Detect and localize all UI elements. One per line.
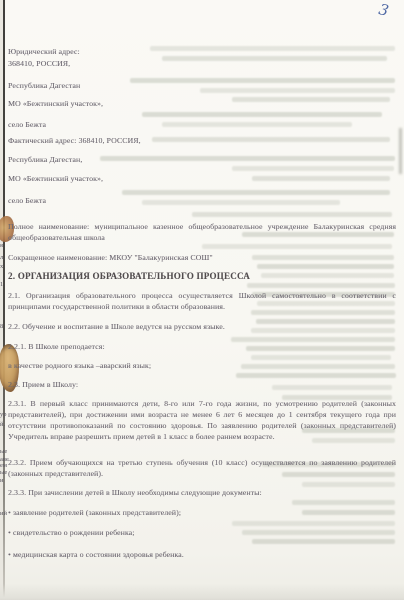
bleed-line bbox=[242, 530, 395, 535]
clause-2-2-1-paragraph: 2.2.1. В Школе преподается: bbox=[8, 341, 105, 352]
short-name-paragraph: Сокращенное наименование: МКОУ "Балакури… bbox=[8, 252, 213, 263]
bleed-line bbox=[247, 283, 395, 288]
bleed-line bbox=[257, 264, 394, 269]
margin-bleed-fragment: и bbox=[0, 477, 3, 484]
bleed-line bbox=[236, 373, 396, 378]
bleed-line bbox=[302, 510, 395, 515]
bleed-line bbox=[202, 244, 392, 249]
bleed-line bbox=[142, 200, 340, 205]
actual-address-district: МО «Бежтинский участок», bbox=[8, 173, 103, 184]
margin-bleed-fragment: ые bbox=[0, 469, 7, 476]
bleed-line bbox=[251, 355, 391, 360]
actual-address-village: село Бежта bbox=[8, 195, 46, 206]
clause-2-1-paragraph: 2.1. Организация образовательного процес… bbox=[8, 290, 396, 312]
bleed-line bbox=[241, 364, 395, 369]
bleed-line bbox=[192, 212, 392, 217]
right-edge-smudge bbox=[399, 128, 402, 174]
bullet-medical-card: • медицинская карта о состоянии здоровья… bbox=[8, 549, 184, 560]
clause-2-3-3-paragraph: 2.3.3. При зачислении детей в Школу необ… bbox=[8, 487, 262, 498]
juridical-address-region: Республика Дагестан bbox=[8, 80, 80, 91]
actual-address-region: Республика Дагестан, bbox=[8, 154, 82, 165]
bleed-line bbox=[302, 482, 395, 487]
bleed-line bbox=[231, 337, 395, 342]
bleed-line bbox=[292, 500, 395, 505]
clause-2-3-1-paragraph: 2.3.1. В первый класс принимаются дети, … bbox=[8, 398, 396, 442]
margin-bleed-fragment: 8 bbox=[0, 323, 3, 330]
bleed-line bbox=[162, 122, 352, 127]
bleed-line bbox=[142, 112, 382, 117]
margin-bleed-fragment: я bbox=[0, 242, 3, 249]
bleed-line bbox=[252, 539, 395, 544]
margin-bleed-fragment: ий bbox=[0, 510, 7, 517]
bleed-line bbox=[122, 190, 390, 195]
margin-bleed-fragment: ур bbox=[0, 411, 7, 418]
bleed-line bbox=[162, 56, 387, 61]
scanned-document-page: 3 я л. х 1 8 ур й. ые аве ем ые и ий Юри… bbox=[0, 0, 404, 600]
bleed-line bbox=[256, 319, 395, 324]
bleed-line bbox=[252, 255, 394, 260]
juridical-address-label: Юридический адрес: bbox=[8, 46, 80, 57]
margin-bleed-fragment: й. bbox=[0, 421, 5, 428]
native-language-line: в качестве родного языка –аварский язык; bbox=[8, 360, 151, 371]
bleed-line bbox=[232, 97, 390, 102]
bleed-line bbox=[246, 346, 395, 351]
margin-bleed-fragment: х bbox=[0, 263, 3, 270]
clause-2-2-paragraph: 2.2. Обучение и воспитание в Школе ведут… bbox=[8, 321, 225, 332]
bleed-line bbox=[261, 273, 394, 278]
bleed-line bbox=[252, 176, 390, 181]
bleed-line bbox=[232, 521, 395, 526]
margin-bleed-fragment: ем bbox=[0, 462, 7, 469]
bleed-line bbox=[150, 46, 395, 51]
section-2-heading: 2. ОРГАНИЗАЦИЯ ОБРАЗОВАТЕЛЬНОГО ПРОЦЕССА bbox=[8, 271, 250, 282]
bullet-parent-application: • заявление родителей (законных представ… bbox=[8, 507, 181, 518]
margin-bleed-fragment: л. bbox=[0, 254, 5, 261]
bleed-line bbox=[272, 385, 392, 390]
juridical-address-postal: 368410, РОССИЯ, bbox=[8, 58, 70, 69]
bleed-line bbox=[130, 78, 395, 83]
handwritten-page-number: 3 bbox=[377, 0, 391, 20]
clause-2-3-2-paragraph: 2.3.2. Прием обучающихся на третью ступе… bbox=[8, 457, 396, 479]
bleed-line bbox=[251, 328, 395, 333]
bleed-line bbox=[152, 137, 390, 142]
margin-bleed-fragment: ые bbox=[0, 448, 7, 455]
bleed-line bbox=[200, 88, 395, 93]
bleed-line bbox=[100, 156, 395, 161]
actual-address-line: Фактический адрес: 368410, РОССИЯ, bbox=[8, 135, 141, 146]
full-name-paragraph: Полное наименование: муниципальное казен… bbox=[8, 221, 396, 243]
scan-bottom-shadow bbox=[0, 584, 404, 600]
bleed-line bbox=[232, 166, 394, 171]
clause-2-3-paragraph: 2.3. Прием в Школу: bbox=[8, 379, 78, 390]
juridical-address-district: МО «Бежтинский участок», bbox=[8, 98, 103, 109]
bullet-birth-certificate: • свидетельство о рождении ребенка; bbox=[8, 527, 134, 538]
juridical-address-village: село Бежта bbox=[8, 119, 46, 130]
margin-bleed-fragment: 1 bbox=[0, 281, 3, 288]
